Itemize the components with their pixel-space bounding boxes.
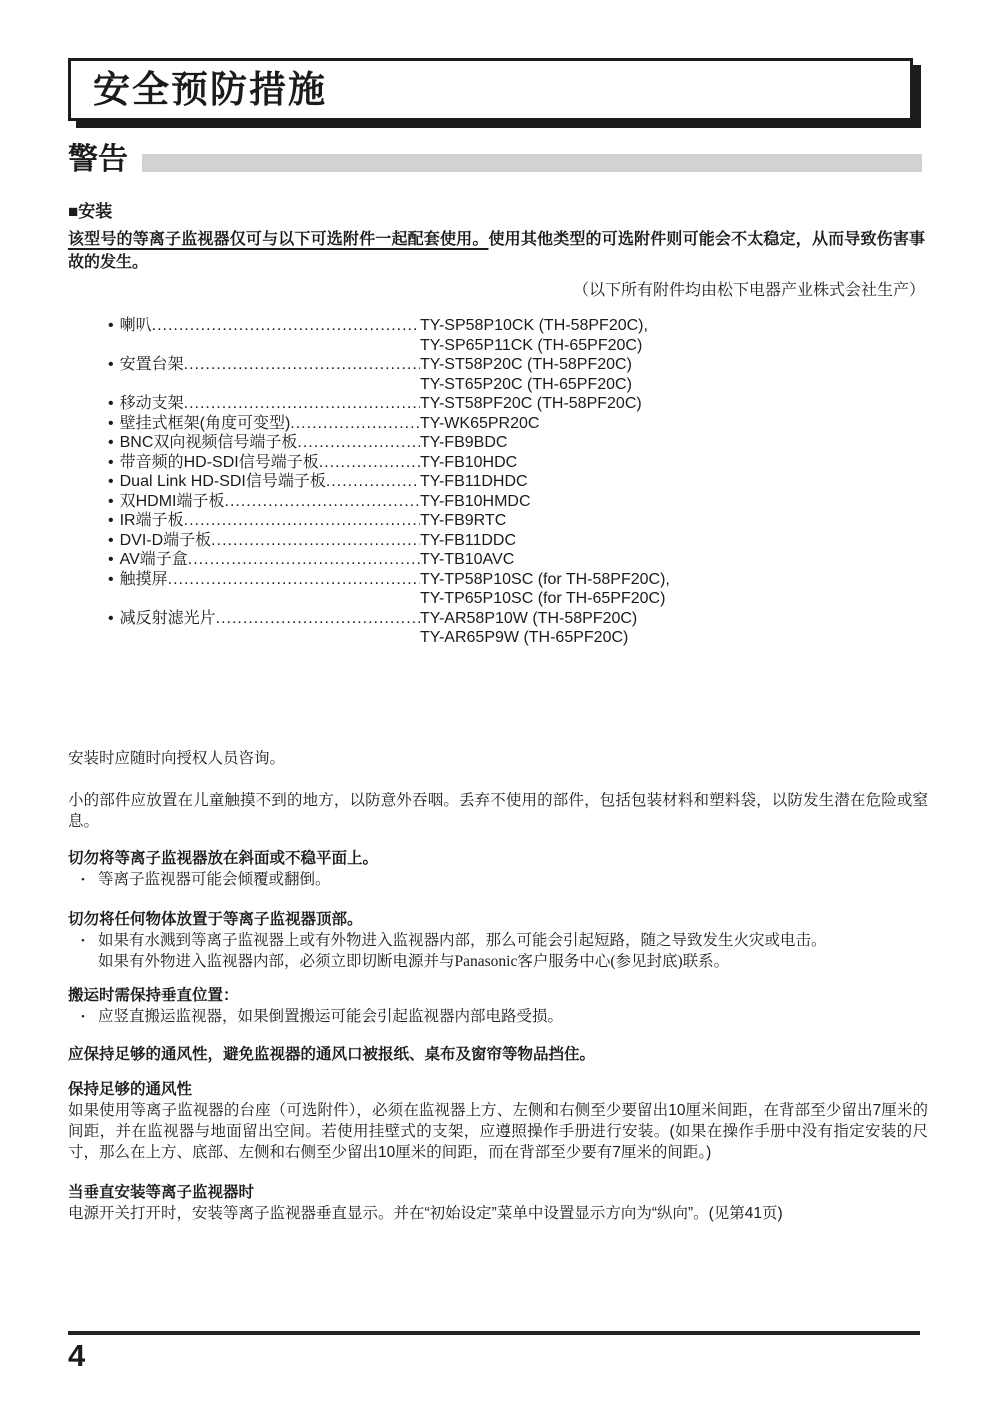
bullet-icon: • xyxy=(108,511,114,531)
accessory-model: TY-WK65PR20C xyxy=(420,414,539,434)
bullet-icon: • xyxy=(108,394,114,414)
accessory-item: •减反射滤光片.................................… xyxy=(108,609,920,648)
accessory-list: •喇叭.....................................… xyxy=(108,316,920,648)
notice-bullet-text: 等离子监视器可能会倾覆或翻倒。 xyxy=(98,871,331,888)
dot-leader: ........................................… xyxy=(319,453,420,473)
notice-bullet-item: •如果有水溅到等离子监视器上或有外物进入监视器内部，那么可能会引起短路，随之导致… xyxy=(68,930,928,951)
accessory-model: TY-ST58P20C (TH-58PF20C) xyxy=(420,355,632,375)
notice-heading: 切勿将等离子监视器放在斜面或不稳平面上。 xyxy=(68,848,928,869)
dot-leader: ........................................… xyxy=(168,570,420,590)
warning-section-header: 警告 xyxy=(68,141,922,179)
bullet-icon: • xyxy=(108,433,114,453)
accessory-item: •壁挂式框架(角度可变型)...........................… xyxy=(108,414,920,434)
accessory-label: 移动支架 xyxy=(120,394,184,414)
accessory-model: TY-SP65P11CK (TH-65PF20C) xyxy=(420,336,642,356)
accessory-label: 减反射滤光片 xyxy=(120,609,216,629)
accessory-label: IR端子板 xyxy=(120,511,184,531)
accessory-item: •IR端子板..................................… xyxy=(108,511,920,531)
footer-rule xyxy=(68,1331,920,1335)
accessory-label: 喇叭 xyxy=(120,316,152,336)
manufacturer-note: （以下所有附件均由松下电器产业株式会社生产） xyxy=(68,277,925,300)
bullet-icon: • xyxy=(81,931,85,952)
notice-bullet-item: •等离子监视器可能会倾覆或翻倒。 xyxy=(68,869,928,890)
accessory-item: •安置台架...................................… xyxy=(108,355,920,394)
accessory-label: 双HDMI端子板 xyxy=(120,492,225,512)
dot-leader: ........................................… xyxy=(188,550,420,570)
notice-paragraph: 小的部件应放置在儿童触摸不到的地方，以防意外吞咽。丢弃不使用的部件，包括包装材料… xyxy=(68,790,928,832)
bullet-icon: • xyxy=(108,492,114,512)
accessory-item: •BNC双向视频信号端子板...........................… xyxy=(108,433,920,453)
accessory-model: TY-FB9RTC xyxy=(420,511,506,531)
dot-leader: ........................................… xyxy=(184,355,420,375)
dot-leader: ........................................… xyxy=(297,433,420,453)
notice-paragraph: 安装时应随时向授权人员咨询。 xyxy=(68,748,928,769)
accessory-model: TY-SP58P10CK (TH-58PF20C), xyxy=(420,316,648,336)
bullet-icon: • xyxy=(108,453,114,473)
accessory-item: •移动支架...................................… xyxy=(108,394,920,414)
bullet-icon: • xyxy=(81,1007,85,1028)
accessory-model: TY-ST65P20C (TH-65PF20C) xyxy=(420,375,632,395)
installation-section: ■安装 该型号的等离子监视器仅可与以下可选附件一起配套使用。使用其他类型的可选附… xyxy=(68,197,925,300)
bullet-icon: • xyxy=(108,472,114,492)
accessory-label: AV端子盒 xyxy=(120,550,188,570)
dot-leader: ........................................… xyxy=(290,414,420,434)
notice-bullet-text: 如果有水溅到等离子监视器上或有外物进入监视器内部，那么可能会引起短路，随之导致发… xyxy=(98,932,827,949)
accessory-label: 安置台架 xyxy=(120,355,184,375)
bullet-icon: • xyxy=(108,414,114,434)
accessory-model: TY-FB10HMDC xyxy=(420,492,531,512)
accessory-model: TY-TP65P10SC (for TH-65PF20C) xyxy=(420,589,665,609)
safety-notices: 安装时应随时向授权人员咨询。 小的部件应放置在儿童触摸不到的地方，以防意外吞咽。… xyxy=(68,748,928,1224)
accessory-item: •带音频的HD-SDI信号端子板........................… xyxy=(108,453,920,473)
installation-heading: ■安装 xyxy=(68,197,925,222)
accessory-item: •喇叭.....................................… xyxy=(108,316,920,355)
bullet-icon: • xyxy=(108,531,114,551)
page-title: 安全预防措施 xyxy=(71,71,327,108)
dot-leader: ........................................… xyxy=(211,531,420,551)
manual-page: 安全预防措施 警告 ■安装 该型号的等离子监视器仅可与以下可选附件一起配套使用。… xyxy=(0,0,993,1404)
accessory-item: •DVI-D端子板...............................… xyxy=(108,531,920,551)
notice-heading: 切勿将任何物体放置于等离子监视器顶部。 xyxy=(68,909,928,930)
accessory-model: TY-AR58P10W (TH-58PF20C) xyxy=(420,609,637,629)
notice-heading: 保持足够的通风性 xyxy=(68,1079,928,1100)
dot-leader: ........................................… xyxy=(152,316,420,336)
installation-intro: 该型号的等离子监视器仅可与以下可选附件一起配套使用。使用其他类型的可选附件则可能… xyxy=(68,228,925,274)
dot-leader: ........................................… xyxy=(184,394,420,414)
accessory-item: •Dual Link HD-SDI信号端子板..................… xyxy=(108,472,920,492)
accessory-label: 壁挂式框架(角度可变型) xyxy=(120,414,291,434)
accessory-label: 触摸屏 xyxy=(120,570,168,590)
accessory-model: TY-TB10AVC xyxy=(420,550,514,570)
dot-leader: ........................................… xyxy=(184,511,420,531)
intro-underlined-text: 该型号的等离子监视器仅可与以下可选附件一起配套使用。 xyxy=(68,231,489,248)
notice-paragraph: 电源开关打开时，安装等离子监视器垂直显示。并在“初始设定”菜单中设置显示方向为“… xyxy=(68,1203,928,1224)
dot-leader: ........................................… xyxy=(216,609,420,629)
dot-leader: ........................................… xyxy=(326,472,420,492)
accessory-model: TY-AR65P9W (TH-65PF20C) xyxy=(420,628,628,648)
page-title-box: 安全预防措施 xyxy=(68,58,913,121)
notice-bullet-text: 应竖直搬运监视器，如果倒置搬运可能会引起监视器内部电路受损。 xyxy=(98,1008,563,1025)
bullet-icon: • xyxy=(108,550,114,570)
accessory-label: BNC双向视频信号端子板 xyxy=(120,433,298,453)
warning-heading: 警告 xyxy=(68,141,128,179)
accessory-model: TY-ST58PF20C (TH-58PF20C) xyxy=(420,394,642,414)
notice-bullet-item: •应竖直搬运监视器，如果倒置搬运可能会引起监视器内部电路受损。 xyxy=(68,1006,928,1027)
accessory-item: •双HDMI端子板...............................… xyxy=(108,492,920,512)
accessory-model: TY-FB9BDC xyxy=(420,433,507,453)
accessory-item: •AV端子盒..................................… xyxy=(108,550,920,570)
accessory-model: TY-TP58P10SC (for TH-58PF20C), xyxy=(420,570,670,590)
notice-heading: 搬运时需保持垂直位置： xyxy=(68,985,928,1006)
accessory-model: TY-FB10HDC xyxy=(420,453,517,473)
notice-paragraph: 如果使用等离子监视器的台座（可选附件），必须在监视器上方、左侧和右侧至少要留出1… xyxy=(68,1100,928,1163)
accessory-label: 带音频的HD-SDI信号端子板 xyxy=(120,453,319,473)
notice-heading: 应保持足够的通风性，避免监视器的通风口被报纸、桌布及窗帘等物品挡住。 xyxy=(68,1044,928,1065)
warning-heading-bar xyxy=(142,154,922,172)
notice-bullet-continuation: 如果有外物进入监视器内部，必须立即切断电源并与Panasonic客户服务中心(参… xyxy=(68,951,928,972)
bullet-icon: • xyxy=(108,609,114,629)
bullet-icon: • xyxy=(108,316,114,336)
accessory-model: TY-FB11DDC xyxy=(420,531,516,551)
accessory-label: Dual Link HD-SDI信号端子板 xyxy=(120,472,326,492)
bullet-icon: • xyxy=(81,870,85,891)
accessory-item: •触摸屏....................................… xyxy=(108,570,920,609)
bullet-icon: • xyxy=(108,570,114,590)
notice-heading: 当垂直安装等离子监视器时 xyxy=(68,1182,928,1203)
dot-leader: ........................................… xyxy=(225,492,421,512)
bullet-icon: • xyxy=(108,355,114,375)
accessory-label: DVI-D端子板 xyxy=(120,531,212,551)
page-number: 4 xyxy=(68,1338,85,1374)
accessory-model: TY-FB11DHDC xyxy=(420,472,528,492)
